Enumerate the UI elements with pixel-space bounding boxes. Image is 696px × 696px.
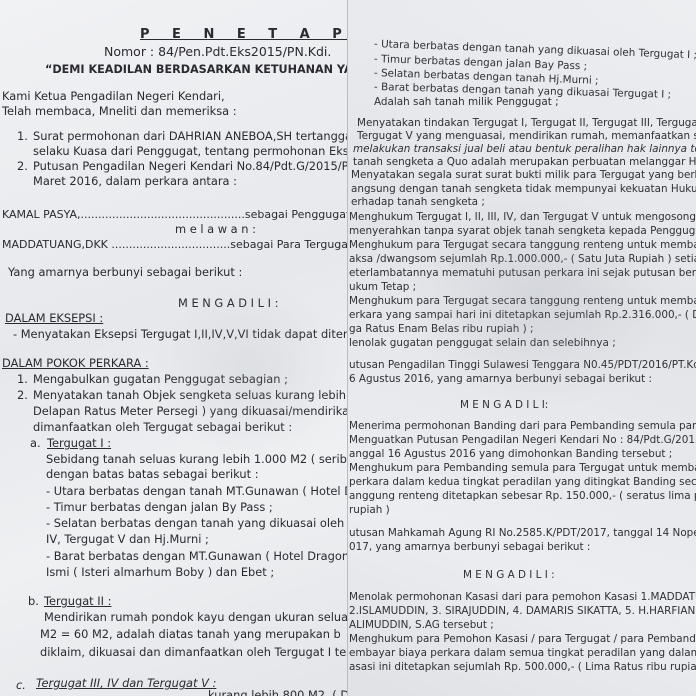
verdict-line: tanah sengketa a Quo adalah merupakan pe… — [353, 155, 696, 169]
verdict-line: erkara yang sampai hari ini ditetapkan s… — [349, 308, 696, 322]
party-plaintiff: KAMAL PASYA,............................… — [2, 208, 347, 222]
mengadili-heading: M E N G A D I L I : — [178, 296, 278, 310]
sub-label: c. — [16, 678, 26, 692]
boundary-line: IV, Tergugat V dan Hj.Murni ; — [46, 532, 209, 546]
appeal-verdict-line: anggal 16 Agustus 2016 yang dimohonkan B… — [349, 447, 672, 461]
sub-line: dengan batas batas sebagai berikut : — [46, 467, 259, 481]
boundary-line: - Selatan berbatas dengan tanah yang dik… — [46, 516, 347, 530]
sub-line: Mendirikan rumah pondok kayu dengan ukur… — [44, 610, 347, 624]
verdict-line: Menghukum Tergugat I, II, III, IV, dan T… — [349, 210, 696, 224]
cassation-verdict-line: Menghukum para Pemohon Kasasi / para Ter… — [349, 632, 696, 646]
verdict-line: ukum Tetap ; — [349, 280, 416, 294]
cassation-verdict-line: ALIMUDDIN, S.AG tersebut ; — [349, 618, 494, 632]
appeal-verdict-line: Menghukum para Pembanding semula para Te… — [349, 461, 696, 475]
sub-heading: Tergugat II : — [44, 594, 111, 608]
intro-line: Kami Ketua Pengadilan Negeri Kendari, — [2, 89, 225, 103]
eksepsi-item: - Menyatakan Eksepsi Tergugat I,II,IV,V,… — [13, 327, 347, 341]
verdict-line: erhadap tanah sengketa ; — [351, 195, 485, 209]
item-line: Putusan Pengadilan Negeri Kendari No.84/… — [33, 159, 347, 173]
item-number: 1. — [17, 372, 28, 386]
appeal-verdict-line: perkara dalam kedua tingkat peradilan ya… — [349, 475, 696, 489]
appeal-verdict-line: Menguatkan Putusan Pengadilan Negeri Ken… — [349, 433, 696, 447]
sub-line: M2 = 60 M2, adalah diatas tanah yang mer… — [40, 627, 341, 641]
sub-line: Sebidang tanah seluas kurang lebih 1.000… — [46, 452, 347, 466]
cassation-decision-line: utusan Mahkamah Agung RI No.2585.K/PDT/2… — [349, 526, 696, 540]
item-number: 2. — [17, 159, 28, 173]
mengadili-heading: M E N G A D I L I: — [460, 398, 548, 412]
cassation-decision-line: 017, yang amarnya berbunyi sebagai berik… — [349, 540, 590, 554]
item-line: Mengabulkan gugatan Penggugat sebagian ; — [33, 372, 288, 386]
appeal-decision-line: 6 Agustus 2016, yang amarnya berbunyi se… — [349, 372, 652, 386]
melawan-label: m e l a w a n : — [175, 222, 256, 236]
item-line: Surat permohonan dari DAHRIAN ANEBOA,SH … — [33, 129, 347, 143]
mengadili-heading: M E N G A D I L I : — [463, 568, 555, 582]
verdict-line: eterlambatannya mematuhi putusan perkara… — [349, 266, 696, 280]
cassation-verdict-line: embayar biaya perkara dalam semua tingka… — [349, 646, 696, 660]
item-line: selaku Kuasa dari Penggugat, tentang per… — [33, 144, 347, 158]
verdict-line: ga Ratus Enam Belas ribu rupiah ) ; — [349, 322, 534, 336]
verdict-line: menyerahkan tanpa syarat objek tanah sen… — [349, 224, 696, 238]
item-number: 1. — [17, 129, 28, 143]
document-page-right: - Utara berbatas dengan tanah yang dikua… — [347, 0, 696, 696]
verdict-line: Tergugat V yang menguasai, mendirikan ru… — [357, 129, 696, 143]
appeal-verdict-line: rupiah ) — [349, 503, 390, 517]
item-line: dimanfaatkan oleh Tergugat sebagai berik… — [33, 420, 292, 434]
right-page-body: - Utara berbatas dengan tanah yang dikua… — [348, 12, 696, 696]
intro-line: Telah membaca, Mneliti dan memeriksa : — [2, 104, 237, 118]
sub-line: kurang lebih 800 M2, ( D — [208, 688, 347, 696]
boundary-line: - Timur berbatas dengan jalan By Pass ; — [46, 500, 273, 514]
appeal-verdict-line: Menerima permohonan Banding dari para Pe… — [349, 419, 696, 433]
irah-irah-heading: “DEMI KEADILAN BERDASARKAN KETUHANAN YAN… — [45, 63, 347, 77]
cassation-verdict-line: Menolak permohonan Kasasi dari para pemo… — [349, 590, 696, 604]
appeal-verdict-line: anggung renteng ditetapkan sebesar Rp. 1… — [349, 489, 696, 503]
cassation-verdict-line: 2.ISLAMUDDIN, 3. SIRAJUDDIN, 4. DAMARIS … — [349, 604, 695, 618]
sub-line: diklaim, dikuasai dan dimanfaatkan oleh … — [40, 645, 347, 659]
appeal-decision-line: utusan Pengadilan Tinggi Sulawesi Tengga… — [349, 358, 696, 372]
item-line: Menyatakan tanah Objek sengketa seluas k… — [33, 388, 347, 402]
party-defendant: MADDATUANG,DKK .........................… — [2, 238, 347, 252]
document-number: Nomor : 84/Pen.Pdt.Eks2015/PN.Kdi. — [104, 45, 331, 59]
item-line: Delapan Ratus Meter Persegi ) yang dikua… — [33, 404, 347, 418]
document-page-left: P E N E T A P A N Nomor : 84/Pen.Pdt.Eks… — [0, 0, 347, 696]
verdict-line: lenolak gugatan penggugat selain dan sel… — [349, 336, 616, 350]
boundary-line: - Utara berbatas dengan tanah MT.Gunawan… — [46, 484, 347, 498]
verdict-line: Menghukum para Tergugat secara tanggung … — [349, 238, 696, 252]
ownership-statement: Adalah sah tanah milik Penggugat ; — [374, 95, 559, 109]
document-title: P E N E T A P A N — [140, 28, 347, 42]
sub-label: b. — [28, 594, 39, 608]
item-number: 2. — [17, 388, 28, 402]
cassation-verdict-line: asasi ini ditetapkan sejumlah Rp. 500.00… — [349, 660, 696, 674]
item-line: Maret 2016, dalam perkara antara : — [33, 174, 237, 188]
sub-heading: Tergugat I : — [47, 436, 111, 450]
verdict-line: angsung dengan tanah sengketa tidak memp… — [351, 182, 696, 196]
sub-heading: Tergugat III, IV dan Tergugat V : — [36, 676, 216, 690]
verdict-line: Menyatakan tindakan Tergugat I, Tergugat… — [357, 116, 696, 130]
pokok-perkara-heading: DALAM POKOK PERKARA : — [2, 356, 149, 370]
eksepsi-heading: DALAM EKSEPSI : — [5, 311, 103, 325]
sub-label: a. — [30, 436, 41, 450]
verdict-line: aksa /dwangsom sejumlah Rp.1.000.000,- (… — [349, 252, 696, 266]
amar-intro: Yang amarnya berbunyi sebagai berikut : — [8, 265, 242, 279]
verdict-line: Menyatakan segala surat surat bukti mili… — [351, 168, 696, 182]
verdict-line: melakukan transaksi jual beli atau bentu… — [353, 142, 696, 156]
boundary-line: Ismi ( Isteri almarhum Boby ) dan Ebet ; — [46, 565, 274, 579]
verdict-line: Menghukum para Tergugat secara tanggung … — [349, 294, 696, 308]
boundary-line: - Barat berbatas dengan MT.Gunawan ( Hot… — [46, 549, 347, 563]
